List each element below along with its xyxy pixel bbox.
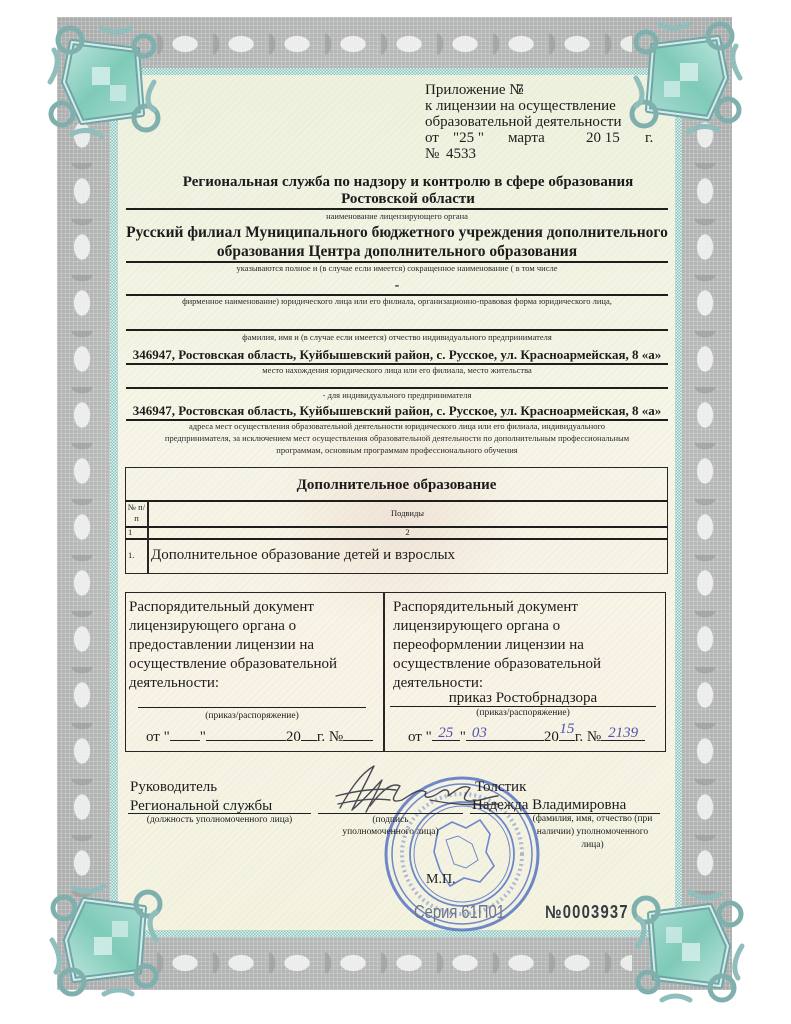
table-rule: [125, 538, 668, 540]
year-prefix: 20: [544, 729, 559, 745]
legal-form-caption: фирменное наименование) юридического лиц…: [126, 296, 668, 307]
appendix-month: марта: [508, 130, 545, 146]
corner-ornament-icon: [42, 22, 162, 142]
licensee-name-caption: указываются полное и (в случае если имее…: [126, 263, 668, 274]
reissuance-month-field: 03: [466, 727, 544, 741]
licensee-name-line-2: образования Центра дополнительного образ…: [126, 243, 668, 260]
licensee-name-line-1: Русский филиал Муниципального бюджетного…: [126, 224, 668, 241]
reissuance-title-line-4: осуществление образовательной: [393, 655, 601, 674]
license-number: 4533: [446, 146, 476, 162]
name-caption-line-3: лица): [520, 840, 665, 850]
issuance-day-field: [170, 727, 200, 741]
reissuance-order-type-caption: (приказ/распоряжение): [390, 708, 656, 718]
licensee-location: 346947, Ростовская область, Куйбышевский…: [126, 347, 668, 362]
corner-ornament-icon: [44, 880, 164, 1000]
authority-name-line-2: Ростовской области: [130, 191, 686, 207]
reissuance-day: 25: [432, 725, 460, 741]
blank-series: Серия 61П01: [414, 902, 505, 923]
divider: [126, 208, 668, 210]
name-caption-line-2: наличии) уполномоченного: [520, 827, 665, 837]
series-value: 61П01: [461, 902, 504, 922]
reissuance-order-type-line: [390, 706, 656, 707]
entrepreneur-name-caption: фамилия, имя и (в случае если имеется) о…: [126, 332, 668, 343]
date-prefix: от ": [408, 729, 432, 745]
corner-ornament-icon: [630, 886, 750, 1006]
activity-caption-line-3: программам, основным программам професси…: [126, 445, 668, 456]
reissuance-title-line-3: переоформлении лицензии на: [393, 636, 584, 655]
reissuance-number-field: 2139: [601, 727, 645, 741]
activity-caption-line-1: адреса мест осуществления образовательно…: [126, 421, 668, 432]
issuance-number-field: [343, 727, 373, 741]
number-value: 0003937: [563, 902, 629, 922]
activity-address: 346947, Ростовская область, Куйбышевский…: [126, 403, 668, 418]
location-caption: место нахождения юридического лица или е…: [126, 365, 668, 376]
number-label: №: [545, 902, 563, 922]
appendix-year: 20 15: [586, 130, 620, 146]
guilloche-top: [157, 25, 632, 63]
signatory-position-line-1: Руководитель: [130, 779, 217, 795]
issuance-title-line-5: деятельности:: [129, 674, 219, 693]
appendix-number: 7: [516, 82, 524, 98]
table-column-number-2: 2: [149, 527, 666, 537]
signatory-position-line-2: Региональной службы: [130, 798, 272, 814]
reissuance-title-line-1: Распорядительный документ: [393, 598, 578, 617]
number-label: г. №: [317, 729, 343, 745]
position-caption: (должность уполномоченного лица): [128, 815, 311, 825]
guilloche-left: [63, 107, 103, 897]
divider: [126, 387, 668, 389]
reissuance-order-type: приказ Ростобрнадзора: [390, 690, 656, 706]
handwritten-signature: [330, 760, 500, 820]
date-prefix: от ": [146, 729, 170, 745]
signature-caption-line-2: уполномоченного лица): [318, 827, 463, 837]
issuance-title-line-2: лицензирующего органа о: [129, 617, 296, 636]
issuance-title-line-1: Распорядительный документ: [129, 598, 314, 617]
issuance-order-type-line: [138, 707, 366, 708]
seal-place-label: М.П.: [426, 872, 456, 888]
order-box-divider: [383, 592, 385, 752]
authority-name-line-1: Региональная служба по надзору и контрол…: [130, 174, 686, 190]
series-label: Серия: [414, 902, 457, 922]
reissuance-year: 15: [559, 721, 575, 737]
year-prefix: 20: [286, 729, 301, 745]
reissuance-year-field: 15: [559, 727, 575, 741]
table-title: Дополнительное образование: [125, 477, 668, 493]
activity-caption-line-2: предпринимателя, за исключением мест осу…: [126, 433, 668, 444]
appendix-year-suffix: г.: [645, 130, 653, 146]
table-rule: [125, 500, 668, 502]
issuance-year-field: [301, 727, 317, 741]
corner-ornament-icon: [628, 18, 748, 138]
blank-number: №0003937: [545, 902, 629, 923]
reissuance-month: 03: [472, 725, 544, 741]
reissuance-order-date-row: от "25"032015г. №2139: [408, 727, 645, 745]
guilloche-bottom: [157, 944, 632, 982]
issuance-month-field: [206, 727, 286, 741]
reissuance-title-line-2: лицензирующего органа о: [393, 617, 560, 636]
appendix-day: "25 ": [453, 130, 484, 146]
appendix-date-prefix: от: [425, 130, 439, 146]
issuance-order-type-caption: (приказ/распоряжение): [138, 711, 366, 721]
reissuance-number: 2139: [601, 725, 645, 741]
divider: [126, 329, 668, 331]
table-header-number: № п/п: [126, 502, 147, 524]
table-header-subtypes: Подвиды: [149, 508, 666, 518]
reissuance-day-field: 25: [432, 727, 460, 741]
guilloche-right: [686, 107, 726, 897]
appendix-line-2: к лицензии на осуществление: [425, 98, 616, 114]
issuance-title-line-4: осуществление образовательной: [129, 655, 337, 674]
issuance-title-line-3: предоставлении лицензии на: [129, 636, 314, 655]
appendix-label: Приложение №: [425, 82, 524, 98]
name-caption-line-1: (фамилия, имя, отчество (при: [520, 814, 665, 824]
table-row-subtype: Дополнительное образование детей и взрос…: [151, 547, 455, 563]
table-row-number: 1.: [128, 550, 134, 560]
table-column-number-1: 1: [128, 527, 132, 537]
licensee-short-name: -: [126, 278, 668, 294]
number-label: г. №: [575, 729, 601, 745]
appendix-line-3: образовательной деятельности: [425, 114, 622, 130]
license-number-label: №: [425, 146, 439, 162]
issuance-order-date-row: от ""20г. №: [146, 727, 373, 745]
authority-caption: наименование лицензирующего органа: [126, 211, 668, 222]
entrepreneur-location-caption: - для индивидуального предпринимателя: [126, 390, 668, 401]
